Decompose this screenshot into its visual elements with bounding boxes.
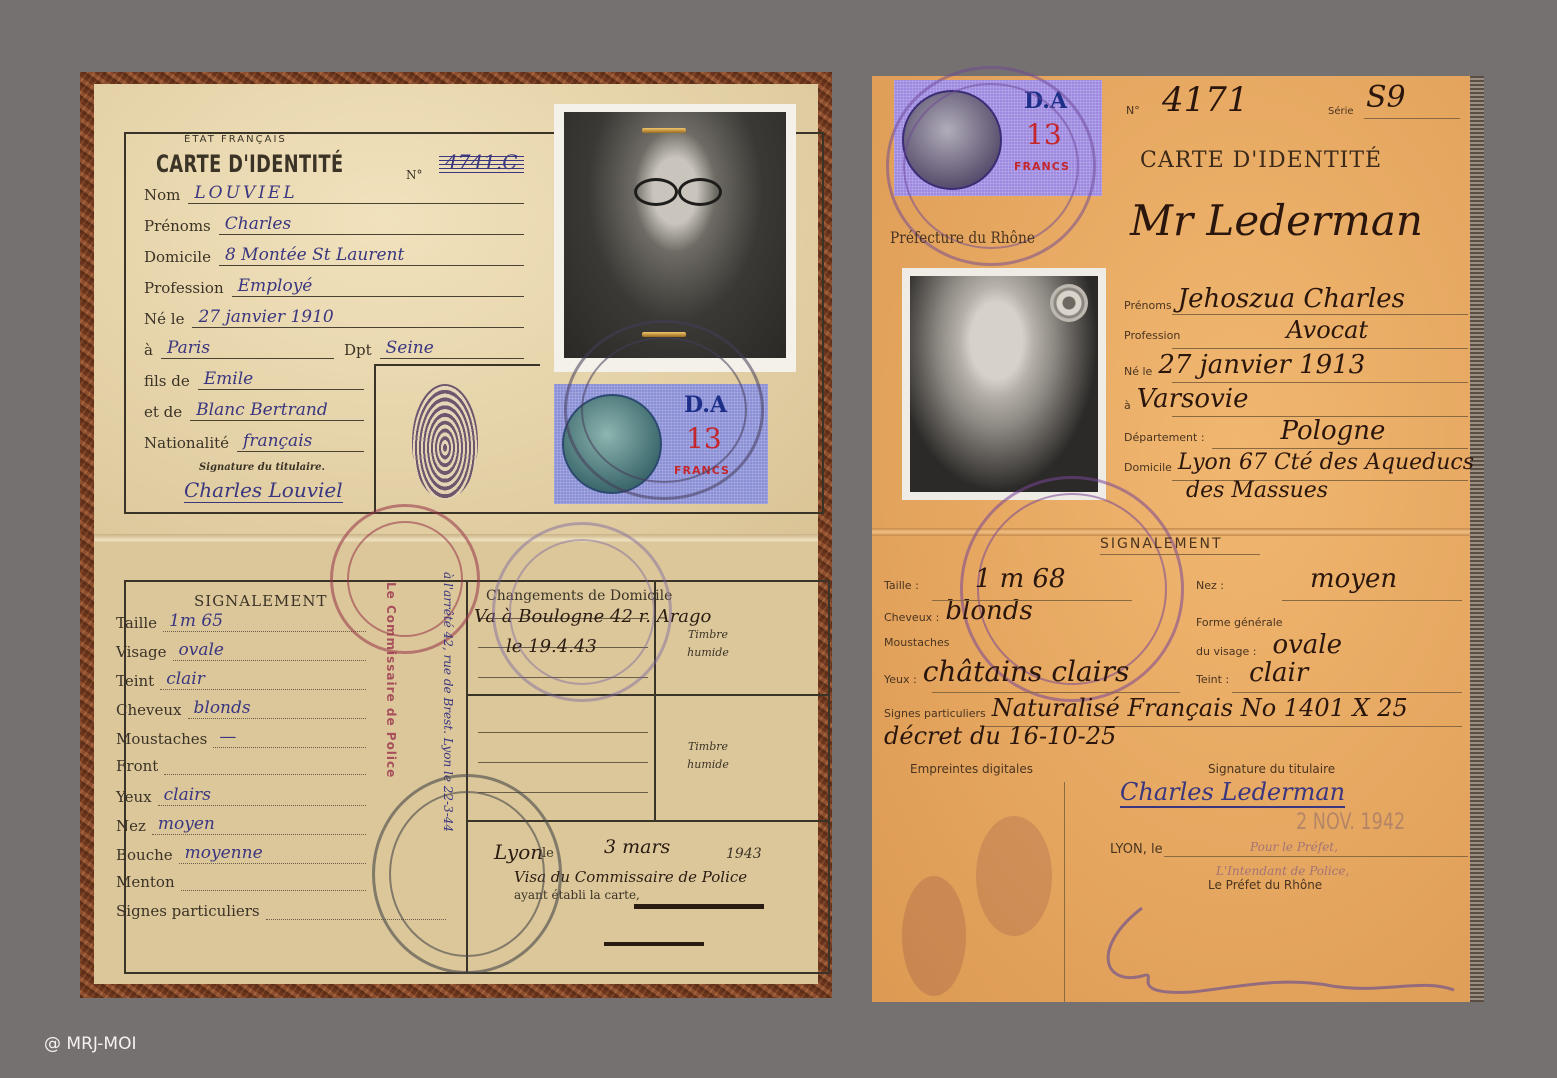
staple-icon [642, 128, 686, 133]
card-fold [872, 528, 1470, 536]
republique-stamp [330, 504, 480, 654]
signature-stroke [604, 942, 704, 946]
holder-name: Mr Lederman [1130, 196, 1423, 245]
holder-photo [902, 268, 1106, 500]
signalement-title: SIGNALEMENT [194, 592, 328, 610]
field-birthplace: à Paris [144, 339, 334, 359]
field-et-de: et de Blanc Bertrand [144, 401, 364, 421]
card-number: 4171 [1162, 80, 1249, 120]
timbre-humide-label-1: Timbre humide [678, 626, 738, 661]
desc-teint: Teintclair [116, 670, 366, 690]
card-number: 4741.C [439, 150, 524, 174]
lyon-police-stamp [372, 774, 562, 974]
prefet-label: Le Préfet du Rhône [1208, 878, 1322, 892]
glasses [624, 178, 732, 200]
issuance-date: 3 mars [604, 836, 670, 858]
fingerprint [976, 816, 1052, 936]
field-profession: Profession Employé [144, 277, 524, 297]
desc-visage: du visage :ovale [1196, 632, 1342, 658]
desc-taille: Taille :1 m 68 [884, 566, 1066, 592]
field-ne-le: Né le 27 janvier 1913 [1124, 352, 1365, 378]
card-title: CARTE D'IDENTITÉ [156, 150, 344, 178]
desc-decret: décret du 16-10-25 [884, 724, 1116, 748]
official-signature [1082, 906, 1462, 1002]
card-lower-page: SIGNALEMENT Taille1m 65 Visageovale Tein… [94, 542, 818, 984]
fingerprint [902, 876, 966, 996]
prefecture-label: Préfecture du Rhône [890, 228, 1035, 247]
police-stamp-text: Le Commissaire de Police [384, 582, 398, 778]
desc-yeux: Yeuxclairs [116, 786, 366, 806]
desc-moustaches: Moustaches— [116, 728, 366, 748]
lyon-le-label: LYON, le [1110, 842, 1163, 857]
issuance-year: 1943 [726, 846, 762, 862]
field-profession: Profession Avocat [1124, 318, 1368, 342]
field-prenoms: Prénoms Charles [144, 215, 524, 235]
desc-teint: Teint :clair [1196, 660, 1308, 686]
field-domicile: Domicile 8 Montée St Laurent [144, 246, 524, 266]
desc-yeux: Yeux :châtains clairs [884, 658, 1129, 686]
desc-menton: Menton [116, 873, 366, 891]
eyelet-icon [1050, 284, 1088, 322]
identity-card-louviel: ÉTAT FRANÇAIS CARTE D'IDENTITÉ N° 4741.C… [80, 72, 832, 998]
card-title: CARTE D'IDENTITÉ [1140, 148, 1382, 173]
serie-value: S9 [1366, 80, 1406, 115]
field-domicile-cont: des Massues [1186, 480, 1328, 502]
state-label: ÉTAT FRANÇAIS [184, 134, 287, 145]
holder-signature: Charles Lederman [1120, 778, 1345, 808]
intendant-label: L'Intendant de Police, [1216, 864, 1349, 878]
date-stamp: 2 NOV. 1942 [1296, 810, 1405, 835]
field-domicile: Domicile Lyon 67 Cté des Aqueducs [1124, 452, 1474, 474]
image-credit: @ MRJ-MOI [44, 1034, 137, 1054]
desc-cheveux: Cheveuxblonds [116, 699, 366, 719]
desc-moustaches: Moustaches [884, 636, 956, 649]
desc-forme-generale: Forme générale [1196, 616, 1289, 629]
field-prenoms: Prénoms Jehoszua Charles [1124, 286, 1405, 312]
signature-label: Signature du titulaire [1208, 762, 1335, 776]
holder-signature: Charles Louviel [184, 478, 343, 503]
number-label: N° [1126, 104, 1140, 117]
fingerprints-label: Empreintes digitales [910, 762, 1033, 776]
signalement-title: SIGNALEMENT [1100, 536, 1223, 552]
pour-le-prefet: Pour le Préfet, [1250, 840, 1338, 854]
card-edge [1470, 76, 1484, 1002]
field-lieu-naissance: à Varsovie [1124, 386, 1248, 412]
desc-bouche: Bouchemoyenne [116, 844, 366, 864]
field-nationalite: Nationalité français [144, 432, 364, 452]
arrondissement-stamp [492, 522, 672, 702]
desc-cheveux: Cheveux :blonds [884, 598, 1033, 624]
signature-stroke [634, 904, 764, 909]
field-nom: Nom LOUVIEL [144, 184, 524, 204]
desc-signes: Signes particuliersNaturalisé Français N… [884, 696, 1408, 720]
desc-visage: Visageovale [116, 641, 366, 661]
photo-seal-stamp [564, 320, 764, 500]
card-upper-page: ÉTAT FRANÇAIS CARTE D'IDENTITÉ N° 4741.C… [94, 84, 818, 537]
fingerprint [412, 384, 478, 500]
signature-label: Signature du titulaire. [199, 462, 325, 473]
desc-taille: Taille1m 65 [116, 612, 366, 632]
desc-nez: Nezmoyen [116, 815, 366, 835]
field-ne-le: Né le 27 janvier 1910 [144, 308, 524, 328]
number-label: N° [406, 168, 423, 182]
timbre-humide-label-2: Timbre humide [678, 738, 738, 773]
identity-card-lederman: D.A 13 FRANCS Préfecture du Rhône N° 417… [872, 76, 1484, 1002]
field-departement: Département : Pologne [1124, 418, 1385, 444]
field-fils-de: fils de Emile [144, 370, 364, 390]
field-departement: Dpt Seine [344, 339, 524, 359]
desc-front: Front [116, 757, 366, 775]
serie-label: Série [1328, 106, 1354, 117]
desc-nez: Nez :moyen [1196, 566, 1397, 592]
